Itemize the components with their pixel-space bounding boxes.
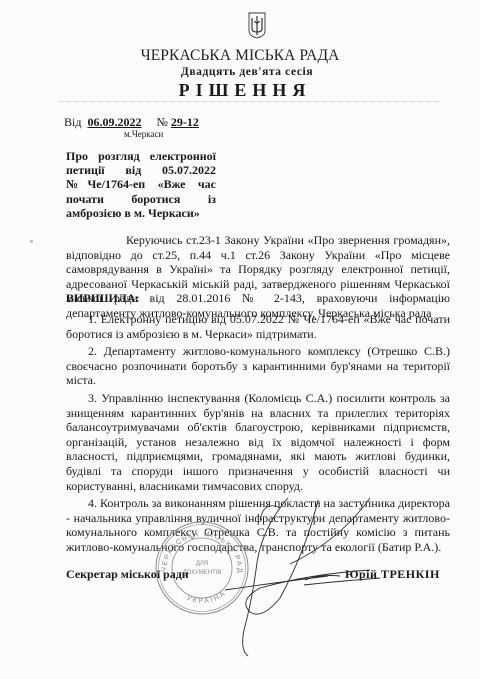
scan-speck: [30, 240, 33, 243]
decision-item: 2. Департаменту житлово-комунального ком…: [66, 344, 450, 388]
decision-date: 06.09.2022: [87, 115, 141, 129]
session-name: Двадцять дев'ята сесія: [0, 66, 480, 78]
coat-of-arms-icon: [248, 12, 266, 39]
signatory-position: Секретар міської ради: [66, 567, 189, 582]
preamble-paragraph: Керуючись ст.23-1 Закону України «Про зв…: [66, 233, 450, 321]
svg-text:ДЛЯ: ДЛЯ: [196, 561, 208, 567]
subject-line: почати боротися із: [66, 192, 216, 206]
date-number-line: Від 06.09.2022 № 29-12: [64, 115, 199, 130]
header-divider: [60, 101, 440, 102]
document-page: ЧЕРКАСЬКА МІСЬКА РАДА Двадцять дев'ята с…: [0, 0, 480, 679]
decision-subject: Про розгляд електронної петиції від 05.0…: [66, 149, 216, 220]
decided-heading: ВИРІШИЛА:: [66, 291, 139, 306]
number-prefix: №: [156, 115, 167, 129]
subject-line: петиції від 05.07.2022: [66, 163, 216, 177]
date-prefix: Від: [64, 115, 81, 129]
decision-number: 29-12: [171, 115, 199, 129]
organization-name: ЧЕРКАСЬКА МІСЬКА РАДА: [0, 47, 480, 65]
decision-item: 3. Управлінню інспектування (Коломієць С…: [66, 391, 450, 493]
decision-item: 1. Електронну петицію від 05.07.2022 № Ч…: [66, 312, 450, 341]
subject-line: Про розгляд електронної: [66, 149, 216, 163]
city: м.Черкаси: [124, 129, 163, 139]
subject-line: амброзією в м. Черкаси»: [66, 206, 216, 220]
subject-line: №Че/1764-еп «Вже час: [66, 177, 216, 191]
handwritten-signature-icon: [220, 490, 380, 660]
document-title: РІШЕННЯ: [0, 80, 480, 101]
